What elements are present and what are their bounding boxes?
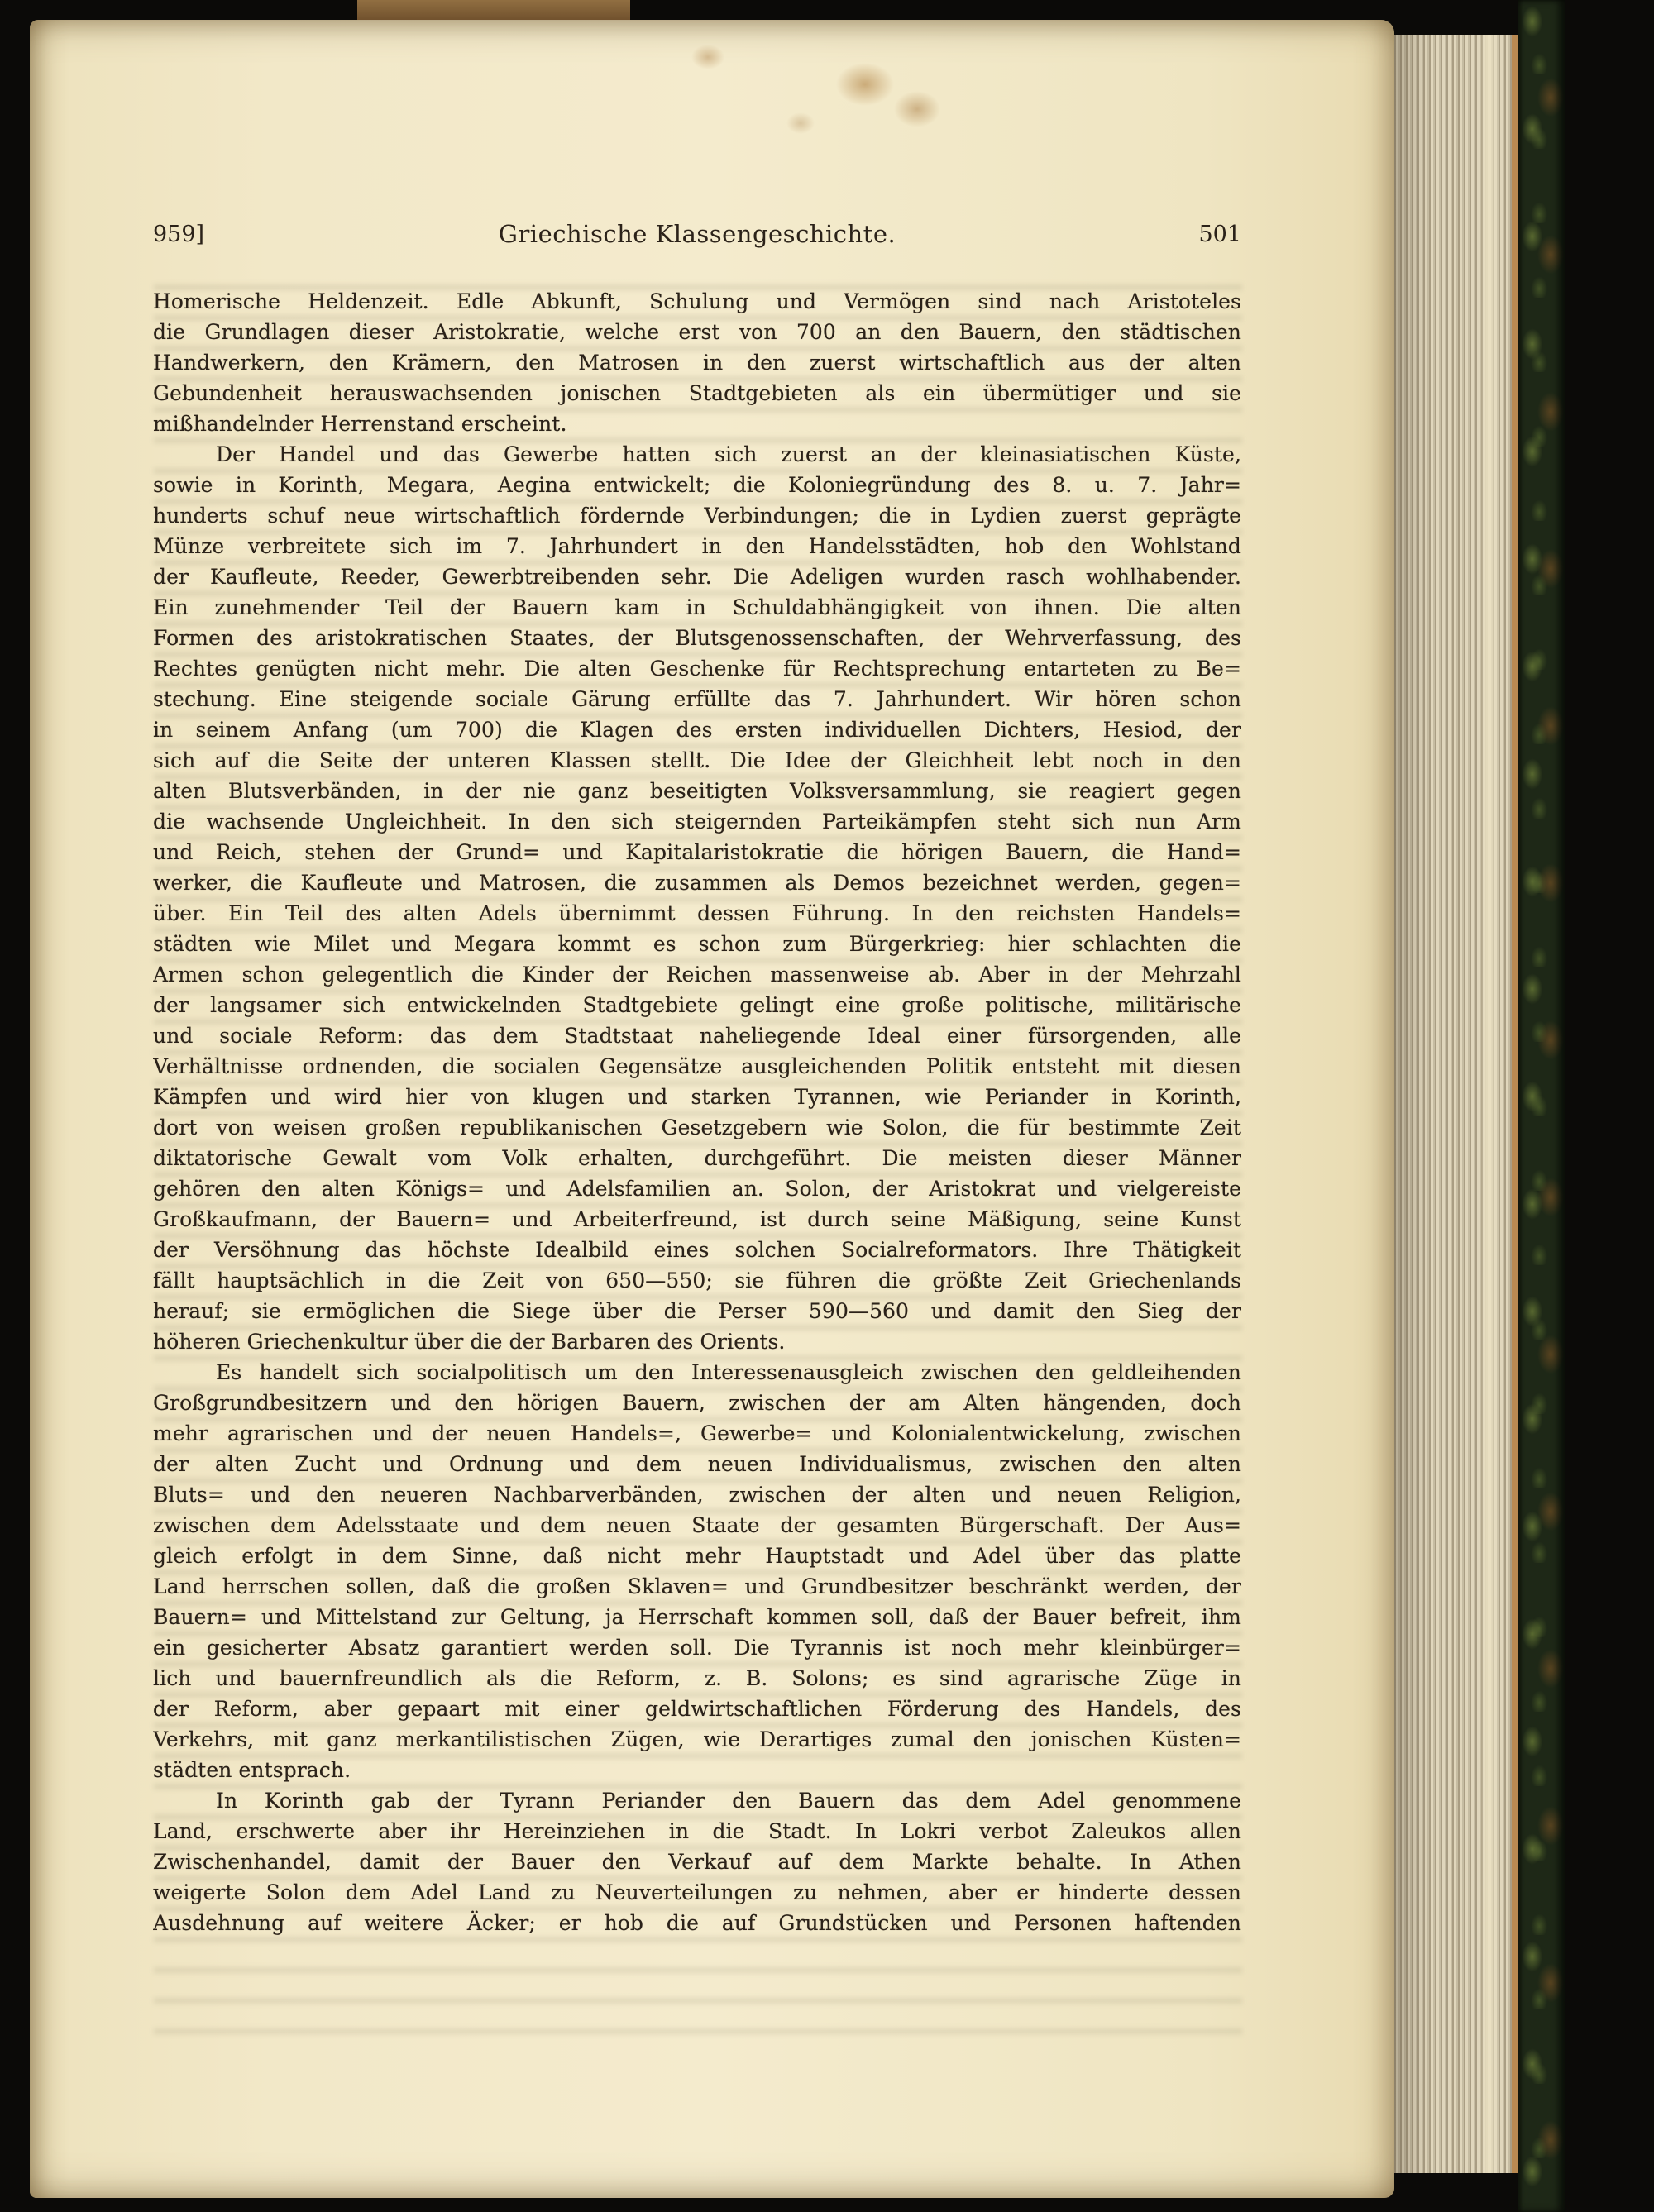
foxing-spot [894,91,940,127]
text-line: Rechtes genügten nicht mehr. Die alten G… [153,653,1241,684]
text-line: lich und bauernfreundlich als die Reform… [153,1663,1241,1694]
text-line: dort von weisen großen republikanischen … [153,1112,1241,1143]
text-line: Es handelt sich socialpolitisch um den I… [153,1357,1241,1388]
text-line: Bauern= und Mittelstand zur Geltung, ja … [153,1602,1241,1632]
page-header: 959] Griechische Klassengeschichte. 501 [153,220,1241,253]
text-line: Land herrschen sollen, daß die großen Sk… [153,1571,1241,1602]
text-line: Handwerkern, den Krämern, den Matrosen i… [153,347,1241,378]
text-line: über. Ein Teil des alten Adels übernimmt… [153,898,1241,929]
text-line: zwischen dem Adelsstaate und dem neuen S… [153,1510,1241,1541]
text-line: stechung. Eine steigende sociale Gärung … [153,684,1241,714]
text-line: Armen schon gelegentlich die Kinder der … [153,959,1241,990]
paragraph: Der Handel und das Gewerbe hatten sich z… [153,439,1241,1357]
page-number: 501 [1198,222,1241,247]
text-line: Formen des aristokratischen Staates, der… [153,623,1241,653]
text-line: Münze verbreitete sich im 7. Jahrhundert… [153,531,1241,561]
text-line: hunderts schuf neue wirtschaftlich förde… [153,500,1241,531]
text-line: Verhältnisse ordnenden, die socialen Geg… [153,1051,1241,1082]
text-line: Land, erschwerte aber ihr Hereinziehen i… [153,1816,1241,1847]
paragraph: In Korinth gab der Tyrann Periander den … [153,1785,1241,1938]
text-line: ein gesicherter Absatz garantiert werden… [153,1632,1241,1663]
text-line: diktatorische Gewalt vom Volk erhalten, … [153,1143,1241,1173]
text-line: fällt hauptsächlich in die Zeit von 650—… [153,1265,1241,1296]
text-line: gehören den alten Königs= und Adelsfamil… [153,1173,1241,1204]
foxing-spot [691,45,724,69]
text-block: Homerische Heldenzeit. Edle Abkunft, Sch… [153,286,1241,1938]
text-line: Ein zunehmender Teil der Bauern kam in S… [153,592,1241,623]
text-line: der alten Zucht und Ordnung und dem neue… [153,1449,1241,1479]
book-photo: 959] Griechische Klassengeschichte. 501 … [0,0,1654,2212]
text-line: Zwischenhandel, damit der Bauer den Verk… [153,1847,1241,1877]
text-line: weigerte Solon dem Adel Land zu Neuverte… [153,1877,1241,1908]
text-line: in seinem Anfang (um 700) die Klagen des… [153,714,1241,745]
text-line: In Korinth gab der Tyrann Periander den … [153,1785,1241,1816]
text-line: Verkehrs, mit ganz merkantilistischen Zü… [153,1724,1241,1755]
text-line: Großgrundbesitzern und den hörigen Bauer… [153,1388,1241,1418]
foxing-spot [786,112,815,134]
text-line: Ausdehnung auf weitere Äcker; er hob die… [153,1908,1241,1938]
text-line: höheren Griechenkultur über die der Barb… [153,1326,1241,1357]
text-line: werker, die Kaufleute und Matrosen, die … [153,867,1241,898]
text-line: der Kaufleute, Reeder, Gewerbtreibenden … [153,561,1241,592]
text-line: Homerische Heldenzeit. Edle Abkunft, Sch… [153,286,1241,317]
text-line: die wachsende Ungleichheit. In den sich … [153,806,1241,837]
text-line: herauf; sie ermöglichen die Siege über d… [153,1296,1241,1326]
text-line: Gebundenheit herauswachsenden jonischen … [153,378,1241,408]
text-line: Der Handel und das Gewerbe hatten sich z… [153,439,1241,470]
text-line: sich auf die Seite der unteren Klassen s… [153,745,1241,776]
book-cover-edge [1518,0,1565,2212]
paragraph: Es handelt sich socialpolitisch um den I… [153,1357,1241,1785]
text-line: der Reform, aber gepaart mit einer geldw… [153,1694,1241,1724]
text-line: mehr agrarischen und der neuen Handels=,… [153,1418,1241,1449]
paragraph: Homerische Heldenzeit. Edle Abkunft, Sch… [153,286,1241,439]
text-line: Großkaufmann, der Bauern= und Arbeiterfr… [153,1204,1241,1235]
text-line: gleich erfolgt in dem Sinne, daß nicht m… [153,1541,1241,1571]
text-line: Bluts= und den neueren Nachbarverbänden,… [153,1479,1241,1510]
book-page: 959] Griechische Klassengeschichte. 501 … [30,20,1394,2198]
text-line: städten wie Milet und Megara kommt es sc… [153,929,1241,959]
text-line: alten Blutsverbänden, in der nie ganz be… [153,776,1241,806]
text-line: mißhandelnder Herrenstand erscheint. [153,408,1241,439]
text-line: und Reich, stehen der Grund= und Kapital… [153,837,1241,867]
text-line: Kämpfen und wird hier von klugen und sta… [153,1082,1241,1112]
text-line: die Grundlagen dieser Aristokratie, welc… [153,317,1241,347]
text-line: sowie in Korinth, Megara, Aegina entwick… [153,470,1241,500]
book-fore-edge [1394,35,1518,2173]
text-line: der Versöhnung das höchste Idealbild ein… [153,1235,1241,1265]
text-line: städten entsprach. [153,1755,1241,1785]
text-line: der langsamer sich entwickelnden Stadtge… [153,990,1241,1020]
foxing-spot [836,63,894,106]
running-title: Griechische Klassengeschichte. [153,220,1241,248]
text-line: und sociale Reform: das dem Stadtstaat n… [153,1020,1241,1051]
